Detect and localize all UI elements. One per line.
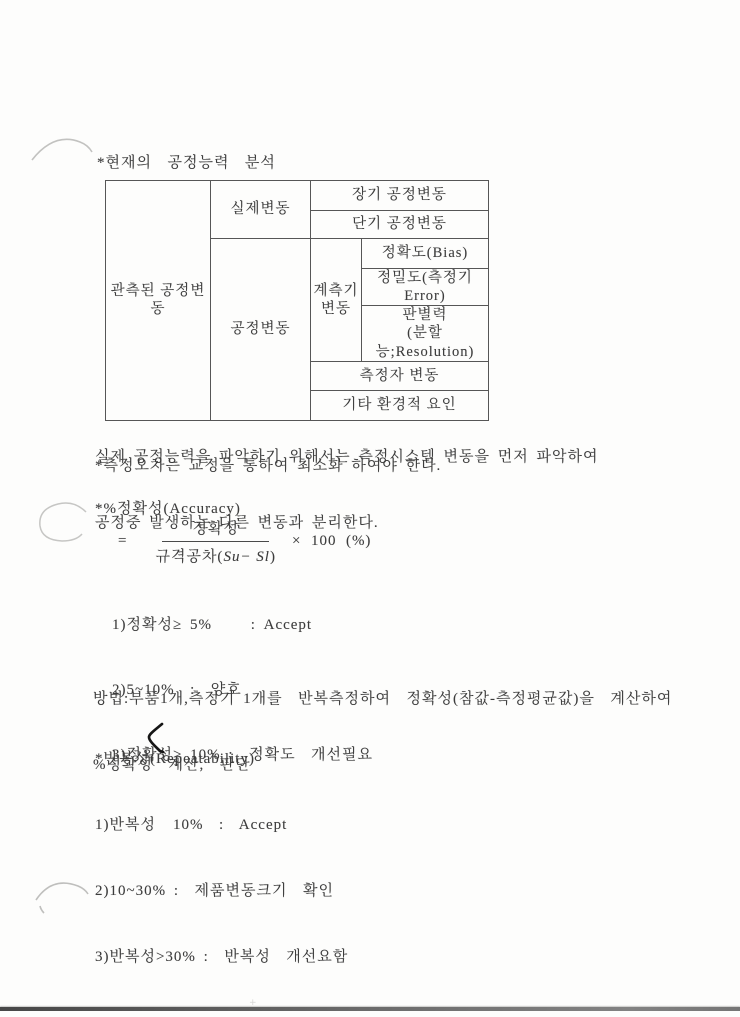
- repeatability-criterion-2: 2)10~30% : 제품변동크기 확인: [95, 880, 348, 902]
- table-cell-actual-variation: 실제변동: [211, 181, 311, 239]
- repeatability-criterion-1: 1)반복성10% : Accept: [95, 814, 348, 836]
- table-cell-bias: 정확도(Bias): [362, 239, 489, 269]
- table-cell-precision: 정밀도(측정기Error): [362, 269, 489, 306]
- accuracy-criterion-1: 1)정확성≥ 5% : Accept: [112, 615, 373, 637]
- repeatability-criterion-1-rest: 10% : Accept: [173, 814, 287, 836]
- table-cell-gauge-variation-line1: 계측기: [313, 282, 359, 300]
- denominator-variable: Su− Sl: [223, 549, 270, 565]
- table-cell-short-term: 단기 공정변동: [311, 211, 489, 239]
- repeatability-criterion-1-prefix: 1)반복성: [95, 817, 156, 833]
- formula-fraction: 정확성 규격공차(Su− Sl): [155, 517, 276, 566]
- process-capability-table: 관측된 공정변동 실제변동 장기 공정변동 단기 공정변동 공정변동 계측기 변…: [105, 180, 489, 421]
- scanned-document-page: *현재의 공정능력 분석 관측된 공정변동 실제변동 장기 공정변동 단기 공정…: [0, 0, 740, 1017]
- accuracy-formula: = 정확성 규격공차(Su− Sl) × 100 (%): [118, 517, 371, 566]
- table-cell-observed-variation: 관측된 공정변동: [106, 181, 211, 421]
- punch-hole-mark-top: [28, 126, 100, 170]
- table-cell-process-variation: 공정변동: [211, 239, 311, 421]
- denominator-prefix: 규격공차(: [155, 549, 223, 565]
- document-title: *현재의 공정능력 분석: [97, 151, 276, 172]
- table-cell-discrimination: 판별력 (분할능;Resolution): [362, 306, 489, 361]
- table-cell-discrimination-line1: 판별력: [364, 306, 486, 324]
- repeatability-block: *반복성(Repeatability) 1)반복성10% : Accept 2)…: [95, 704, 348, 1012]
- scan-bottom-edge: [0, 1007, 740, 1011]
- repeatability-heading: *반복성(Repeatability): [95, 748, 348, 770]
- table-cell-gauge-variation: 계측기 변동: [311, 239, 362, 362]
- equals-sign: =: [118, 533, 127, 550]
- table-cell-discrimination-line2: (분할능;Resolution): [364, 324, 486, 360]
- table-cell-long-term: 장기 공정변동: [311, 181, 489, 211]
- fraction-numerator: 정확성: [162, 517, 268, 542]
- punch-hole-mark-middle: [30, 498, 100, 548]
- fraction-denominator: 규격공차(Su− Sl): [155, 542, 276, 566]
- repeatability-criterion-3: 3)반복성>30% : 반복성 개선요함: [95, 946, 348, 968]
- punch-hole-mark-bottom: [30, 872, 100, 916]
- formula-multiplier: × 100 (%): [292, 533, 371, 550]
- accuracy-heading: *%정확성(Accuracy): [95, 497, 241, 518]
- calibration-note: *측정오차는 교정을 통하여 최소화 하여야 한다.: [95, 454, 441, 475]
- denominator-suffix: ): [270, 549, 276, 565]
- table-cell-gauge-variation-line2: 변동: [313, 300, 359, 318]
- table-cell-appraiser-variation: 측정자 변동: [311, 361, 489, 390]
